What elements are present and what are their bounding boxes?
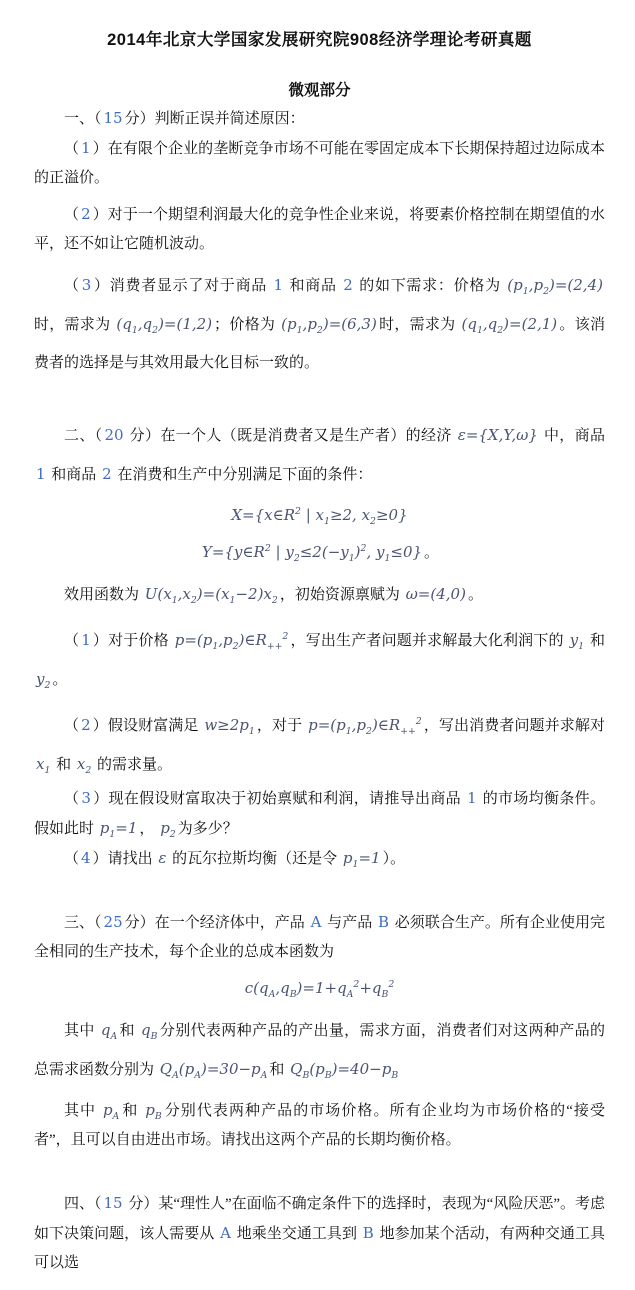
text-run: ；价格为: [214, 317, 279, 333]
text-run: （: [64, 207, 79, 223]
number-run: 20: [103, 426, 126, 444]
text-run: 。: [424, 545, 439, 561]
text-run: ）消费者显示了对于商品: [93, 278, 271, 294]
text-run: ，对于: [257, 718, 306, 734]
number-run: 4: [79, 849, 93, 867]
text-run: 在消费和生产中分别满足下面的条件：: [114, 467, 373, 483]
text-run: 。: [52, 672, 67, 688]
text-run: 。: [468, 587, 483, 603]
text-run: ，写出生产者问题并求解最大化利润下的: [290, 633, 567, 649]
text-run: ，: [139, 821, 158, 837]
text-run: 分）在一个人（既是消费者又是生产者）的经济: [126, 428, 456, 444]
text-run: 中，商品: [540, 428, 605, 444]
number-run: 1: [79, 139, 93, 157]
text-run: ）假设财富满足: [93, 718, 203, 734]
text-run: 和商品: [285, 278, 341, 294]
formula-line: c(qA,qB)=1+qA2+qB2: [34, 974, 605, 1004]
text-run: ）对于价格: [93, 633, 173, 649]
math-run: p2: [158, 819, 178, 837]
math-run: p1=1: [98, 819, 140, 837]
number-run: 1: [272, 276, 286, 294]
math-run: y2: [34, 670, 52, 688]
text-run: ）对于一个期望利润最大化的竞争性企业来说，将要素价格控制在期望值的水平，还不如让…: [34, 207, 605, 252]
math-run: x1: [34, 755, 52, 773]
text-run: ，写出消费者问题并求解对: [424, 718, 605, 734]
paragraph: 其中 qA和 qB分别代表两种产品的产出量，需求方面，消费者们对这两种产品的总需…: [34, 1011, 605, 1089]
exam-document-page: 2014年北京大学国家发展研究院908经济学理论考研真题 微观部分 一、（15分…: [0, 0, 635, 1290]
text-run: （: [64, 633, 79, 649]
number-run: B: [376, 913, 391, 931]
math-run: p=(p1,p2)∈R++2: [173, 631, 291, 649]
document-body: 一、（15分）判断正误并简述原因：（1）在有限个企业的垄断竞争市场不可能在零固定…: [34, 104, 605, 1278]
paragraph: 效用函数为 U(x1,x2)=(x1−2)x2，初始资源禀赋为 ω=(4,0)。: [34, 575, 605, 614]
text-run: （: [64, 141, 79, 157]
math-run: pB: [143, 1101, 163, 1119]
math-run: Y={y∈R2 | y2≤2(−y1)2, y1≤0}: [200, 543, 424, 561]
text-run: 时，需求为: [34, 317, 114, 333]
text-run: 分）在一个经济体中，产品: [125, 915, 309, 931]
paragraph: （2）对于一个期望利润最大化的竞争性企业来说，将要素价格控制在期望值的水平，还不…: [34, 200, 605, 259]
number-run: 3: [80, 276, 94, 294]
number-run: B: [361, 1224, 376, 1242]
math-run: ε={X,Y,ω}: [456, 426, 540, 444]
text-run: 和商品: [48, 467, 101, 483]
math-run: (q1,q2)=(2,1): [459, 315, 559, 333]
text-run: （: [64, 791, 79, 807]
number-run: 2: [100, 465, 114, 483]
text-run: 和: [586, 633, 605, 649]
text-run: 地乘坐交通工具到: [233, 1226, 361, 1242]
text-run: 四、（: [64, 1196, 102, 1212]
math-run: ε: [156, 849, 168, 867]
number-run: 1: [34, 465, 48, 483]
paragraph: （4）请找出 ε 的瓦尔拉斯均衡（还是令 p1=1）。: [34, 844, 605, 874]
math-run: (q1,q2)=(1,2): [114, 315, 214, 333]
math-run: p=(p1,p2)∈R++2: [306, 716, 424, 734]
text-run: （: [64, 718, 79, 734]
text-run: （: [64, 278, 80, 294]
page-title: 2014年北京大学国家发展研究院908经济学理论考研真题: [34, 26, 605, 50]
formula-line: Y={y∈R2 | y2≤2(−y1)2, y1≤0}。: [34, 538, 605, 568]
math-run: U(x1,x2)=(x1−2)x2: [143, 585, 280, 603]
number-run: A: [309, 913, 324, 931]
text-run: 的需求量。: [93, 757, 172, 773]
math-run: qA: [99, 1021, 119, 1039]
text-run: 其中: [64, 1103, 101, 1119]
math-run: x2: [75, 755, 93, 773]
text-run: 二、（: [64, 428, 103, 444]
number-run: 15: [102, 1194, 125, 1212]
text-run: 效用函数为: [64, 587, 143, 603]
text-run: 的瓦尔拉斯均衡（还是令: [168, 851, 341, 867]
number-run: 1: [465, 789, 479, 807]
number-run: 15: [102, 109, 125, 127]
text-run: ）现在假设财富取决于初始禀赋和利润，请推导出商品: [93, 791, 465, 807]
math-run: ω=(4,0): [404, 585, 468, 603]
text-run: ）在有限个企业的垄断竞争市场不可能在零固定成本下长期保持超过边际成本的正溢价。: [34, 141, 605, 186]
paragraph: 二、（20 分）在一个人（既是消费者又是生产者）的经济 ε={X,Y,ω} 中，…: [34, 416, 605, 494]
number-run: 2: [79, 205, 93, 223]
text-run: 分）判断正误并简述原因：: [125, 111, 305, 127]
paragraph: 三、（25分）在一个经济体中，产品 A 与产品 B 必须联合生产。所有企业使用完…: [34, 908, 605, 967]
text-run: ）。: [383, 851, 406, 867]
text-run: 其中: [64, 1023, 99, 1039]
text-run: 和: [119, 1023, 139, 1039]
number-run: A: [218, 1224, 233, 1242]
text-run: 三、（: [64, 915, 102, 931]
text-run: 时，需求为: [379, 317, 460, 333]
math-run: (p1,p2)=(6,3): [279, 315, 379, 333]
number-run: 25: [102, 913, 125, 931]
math-run: QB(pB)=40−pB: [288, 1060, 400, 1078]
text-run: 一、（: [64, 111, 102, 127]
section-title: 微观部分: [34, 78, 605, 100]
paragraph: （3）现在假设财富取决于初始禀赋和利润，请推导出商品 1 的市场均衡条件。假如此…: [34, 784, 605, 844]
text-run: 为多少？: [178, 821, 238, 837]
text-run: 的如下需求：价格为: [355, 278, 506, 294]
formula-line: X={x∈R2 | x1≥2, x2≥0}: [34, 501, 605, 531]
math-run: qB: [139, 1021, 159, 1039]
paragraph: （2）假设财富满足 w≥2p1，对于 p=(p1,p2)∈R++2，写出消费者问…: [34, 706, 605, 784]
text-run: 与产品: [323, 915, 376, 931]
paragraph: 四、（15 分）某“理性人”在面临不确定条件下的选择时，表现为“风险厌恶”。考虑…: [34, 1189, 605, 1278]
number-run: 3: [79, 789, 93, 807]
paragraph: 其中 pA和 pB分别代表两种产品的市场价格。所有企业均为市场价格的“接受者”，…: [34, 1096, 605, 1155]
text-run: ，初始资源禀赋为: [280, 587, 404, 603]
math-run: X={x∈R2 | x1≥2, x2≥0}: [229, 506, 409, 524]
number-run: 1: [79, 631, 93, 649]
number-run: 2: [341, 276, 355, 294]
math-run: y1: [568, 631, 586, 649]
paragraph: 一、（15分）判断正误并简述原因：: [34, 104, 605, 134]
math-run: w≥2p1: [202, 716, 256, 734]
text-run: 和: [269, 1062, 288, 1078]
math-run: p1=1: [341, 849, 383, 867]
paragraph: （3）消费者显示了对于商品 1 和商品 2 的如下需求：价格为 (p1,p2)=…: [34, 266, 605, 382]
paragraph: （1）在有限个企业的垄断竞争市场不可能在零固定成本下长期保持超过边际成本的正溢价…: [34, 134, 605, 193]
text-run: ）请找出: [93, 851, 157, 867]
math-run: (p1,p2)=(2,4): [505, 276, 605, 294]
paragraph: （1）对于价格 p=(p1,p2)∈R++2，写出生产者问题并求解最大化利润下的…: [34, 621, 605, 699]
text-run: （: [64, 851, 79, 867]
math-run: QA(pA)=30−pA: [158, 1060, 270, 1078]
text-run: 和: [121, 1103, 143, 1119]
math-run: c(qA,qB)=1+qA2+qB2: [243, 979, 397, 997]
text-run: 和: [52, 757, 75, 773]
number-run: 2: [79, 716, 93, 734]
math-run: pA: [101, 1101, 121, 1119]
